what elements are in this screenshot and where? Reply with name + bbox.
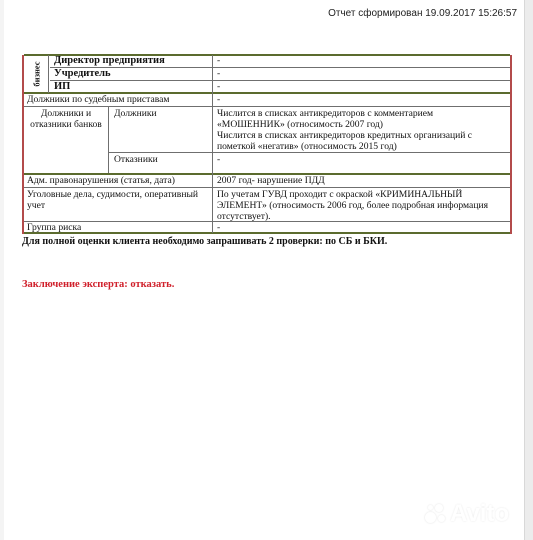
criminal-value-line: По учетам ГУВД проходит с окраской «КРИМ…	[217, 189, 488, 200]
client-check-table: бизнес Директор предприятия - Учредитель…	[22, 55, 512, 234]
business-section-label: бизнес	[24, 55, 50, 93]
debtors-line: пометкой «негатив» (относимость 2015 год…	[217, 141, 472, 152]
bank-section-label: Должники и отказники банков	[26, 108, 106, 130]
col-divider	[212, 55, 213, 233]
row-divider	[24, 187, 510, 188]
expert-conclusion: Заключение эксперта: отказать.	[22, 279, 174, 290]
row-divider	[50, 67, 510, 68]
founder-label: Учредитель	[54, 68, 111, 79]
criminal-value-line: отсутствует).	[217, 211, 488, 222]
page-scroll-edge	[524, 0, 533, 540]
bailiff-debtors-label: Должники по судебным приставам	[27, 94, 169, 105]
criminal-value-line: ЭЛЕМЕНТ» (относимость 2006 год, более по…	[217, 200, 488, 211]
criminal-record-label: Уголовные дела, судимости, оперативный у…	[27, 189, 198, 211]
risk-group-value: -	[217, 222, 220, 233]
admin-offenses-label: Адм. правонарушения (статья, дата)	[27, 175, 175, 186]
row-divider	[24, 106, 510, 107]
criminal-label-line: Уголовные дела, судимости, оперативный	[27, 189, 198, 200]
ip-label: ИП	[54, 81, 70, 92]
verification-note: Для полной оценки клиента необходимо зап…	[22, 236, 387, 247]
criminal-label-line: учет	[27, 200, 198, 211]
bank-refusers-label: Отказники	[114, 154, 158, 165]
debtors-line: Числится в списках антикредиторов кредит…	[217, 130, 472, 141]
avito-dots-icon	[425, 503, 447, 525]
admin-offenses-value: 2007 год- нарушение ПДД	[217, 175, 325, 186]
avito-wordmark: Avito	[450, 500, 509, 528]
col-divider	[108, 107, 109, 173]
debtors-line: «МОШЕННИК» (относимость 2007 год)	[217, 119, 472, 130]
bank-debtors-value: Числится в списках антикредиторов с комм…	[217, 108, 472, 152]
bailiff-debtors-value: -	[217, 94, 220, 105]
bank-debtors-label: Должники	[114, 108, 157, 119]
table-bottom-border	[24, 232, 510, 234]
row-divider	[108, 152, 510, 153]
avito-watermark: Avito	[425, 500, 509, 528]
director-value: -	[217, 55, 220, 66]
founder-value: -	[217, 68, 220, 79]
row-divider	[50, 80, 510, 81]
risk-group-label: Группа риска	[27, 222, 81, 233]
report-timestamp: Отчет сформирован 19.09.2017 15:26:57	[328, 8, 517, 19]
director-label: Директор предприятия	[54, 55, 165, 66]
bank-refusers-value: -	[217, 154, 220, 165]
ip-value: -	[217, 81, 220, 92]
debtors-line: Числится в списках антикредиторов с комм…	[217, 108, 472, 119]
criminal-record-value: По учетам ГУВД проходит с окраской «КРИМ…	[217, 189, 488, 222]
